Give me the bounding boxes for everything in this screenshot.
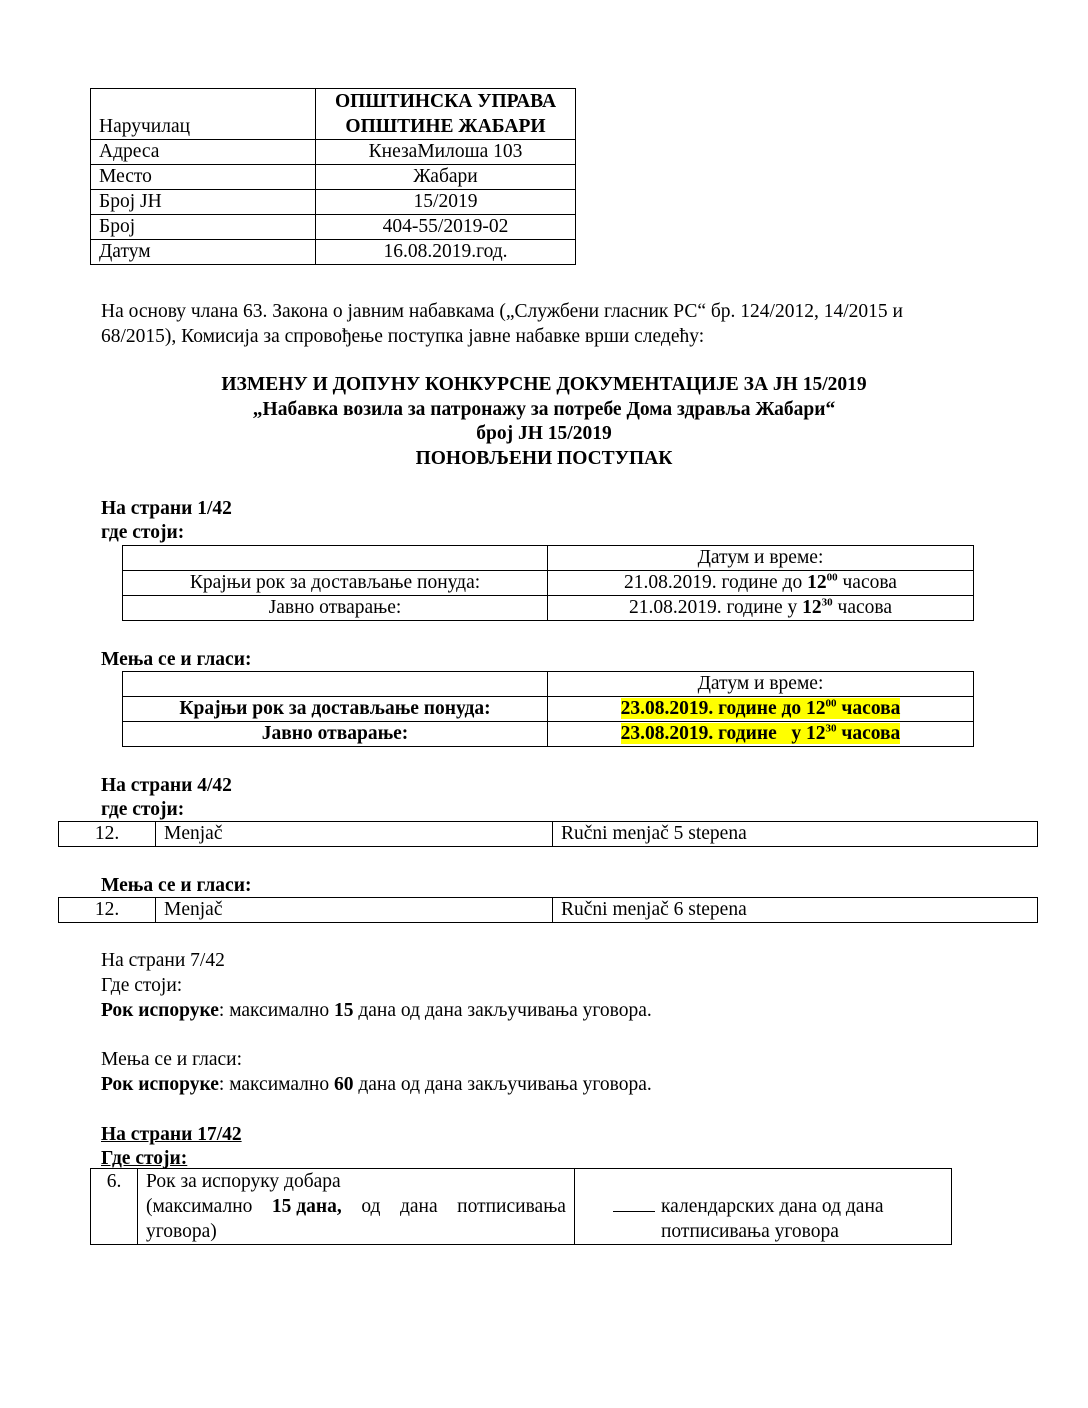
row-value: 23.08.2019. године у 1230 часова — [548, 722, 974, 747]
row-value: 21.08.2019. године у 1230 часова — [548, 596, 974, 621]
delivery-label: Рок испоруке — [101, 1000, 219, 1021]
section3-changed: Мења се и гласи: — [101, 1047, 242, 1072]
row-label: Крајњи рок за достављање понуда: — [123, 697, 548, 722]
section3-where: Где стоји: — [101, 973, 182, 998]
section3-new-text: Рок испоруке: максимално 60 дана од дана… — [101, 1072, 652, 1097]
authority-name-line2: ОПШТИНЕ ЖАБАРИ — [324, 114, 567, 139]
hour: 12 — [806, 698, 826, 719]
document-title: ИЗМЕНУ И ДОПУНУ КОНКУРСНЕ ДОКУМЕНТАЦИЈЕ … — [0, 373, 1088, 471]
text: дана — [400, 1194, 438, 1219]
section3-page-ref: На страни 7/42 — [101, 948, 225, 973]
value-line-2: потписивања уговора — [613, 1219, 943, 1244]
label-cell: Наручилац — [91, 89, 316, 140]
delivery-term-table: 6. Рок за испоруку добара (максимално 15… — [90, 1168, 952, 1245]
item-name: Menjač — [156, 898, 553, 923]
item-value: Ručni menjač 5 stepena — [553, 822, 1038, 847]
contracting-authority-table: Наручилац ОПШТИНСКА УПРАВА ОПШТИНЕ ЖАБАР… — [90, 88, 576, 265]
authority-name-line1: ОПШТИНСКА УПРАВА — [324, 89, 567, 114]
item-number: 12. — [59, 898, 156, 923]
item-line-3: уговора) — [146, 1219, 566, 1244]
date-text: 21.08.2019. године до — [624, 572, 807, 593]
label-cell: Број ЈН — [91, 190, 316, 215]
section3-old-text: Рок испоруке: максимално 15 дана од дана… — [101, 998, 652, 1023]
value-cell: 16.08.2019.год. — [316, 240, 576, 265]
hour: 12 — [802, 597, 822, 618]
highlighted-value: 23.08.2019. године до 1200 часова — [621, 698, 901, 719]
old-gearbox-table: 12. Menjač Ručni menjač 5 stepena — [58, 821, 1038, 847]
blank-days-field[interactable] — [613, 1210, 655, 1212]
value-cell: ОПШТИНСКА УПРАВА ОПШТИНЕ ЖАБАРИ — [316, 89, 576, 140]
days-value: 15 — [334, 1000, 354, 1021]
title-line-2: „Набавка возила за патронажу за потребе … — [0, 398, 1088, 423]
row-value: 21.08.2019. године до 1200 часова — [548, 571, 974, 596]
item-line-2: (максимално 15 дана, од дана потписивања — [146, 1194, 566, 1219]
text: календарских дана од дана — [661, 1196, 884, 1217]
delivery-label: Рок испоруке — [101, 1074, 219, 1095]
minutes: 30 — [822, 597, 833, 609]
hour: 12 — [807, 572, 827, 593]
text: дана од дана закључивања уговора. — [353, 1074, 651, 1095]
item-value: календарских дана од дана потписивања уг… — [575, 1169, 952, 1245]
minutes: 30 — [825, 723, 836, 735]
value-cell: Жабари — [316, 165, 576, 190]
value-cell: 15/2019 — [316, 190, 576, 215]
suffix: часова — [838, 572, 897, 593]
label-cell: Адреса — [91, 140, 316, 165]
title-line-3: број ЈН 15/2019 — [0, 422, 1088, 447]
old-deadline-table: Датум и време: Крајњи рок за достављање … — [122, 545, 974, 621]
item-description: Рок за испоруку добара (максимално 15 да… — [138, 1169, 575, 1245]
row-label: Крајњи рок за достављање понуда: — [123, 571, 548, 596]
new-deadline-table: Датум и време: Крајњи рок за достављање … — [122, 671, 974, 747]
minutes: 00 — [826, 698, 837, 710]
section1-where: где стоји: — [101, 520, 184, 545]
text: потписивања — [457, 1194, 566, 1219]
empty-cell — [123, 546, 548, 571]
highlighted-value: 23.08.2019. године у 1230 часова — [621, 723, 901, 744]
date-text: 21.08.2019. године у — [629, 597, 802, 618]
row-value: 23.08.2019. године до 1200 часова — [548, 697, 974, 722]
section2-changed: Мења се и гласи: — [101, 873, 251, 898]
empty-cell — [123, 672, 548, 697]
date-text: 23.08.2019. године у — [621, 723, 806, 744]
section2-page-ref: На страни 4/42 — [101, 773, 232, 798]
value-line-1: календарских дана од дана — [613, 1194, 943, 1219]
value-cell: КнезаМилоша 103 — [316, 140, 576, 165]
hour: 12 — [806, 723, 826, 744]
item-name: Menjač — [156, 822, 553, 847]
suffix: часова — [836, 723, 900, 744]
value-cell: 404-55/2019-02 — [316, 215, 576, 240]
item-value: Ručni menjač 6 stepena — [553, 898, 1038, 923]
title-line-1: ИЗМЕНУ И ДОПУНУ КОНКУРСНЕ ДОКУМЕНТАЦИЈЕ … — [0, 373, 1088, 398]
item-number: 12. — [59, 822, 156, 847]
item-number: 6. — [91, 1169, 138, 1245]
column-header: Датум и време: — [548, 672, 974, 697]
label-cell: Број — [91, 215, 316, 240]
section1-changed: Мења се и гласи: — [101, 647, 251, 672]
date-text: 23.08.2019. године до — [621, 698, 806, 719]
label-cell: Датум — [91, 240, 316, 265]
item-line-1: Рок за испоруку добара — [146, 1169, 566, 1194]
title-line-4: ПОНОВЉЕНИ ПОСТУПАК — [0, 447, 1088, 472]
new-gearbox-table: 12. Menjač Ručni menjač 6 stepena — [58, 897, 1038, 923]
text: : максимално — [219, 1000, 334, 1021]
row-label: Јавно отварање: — [123, 596, 548, 621]
section4-page-ref: На страни 17/42 — [101, 1122, 242, 1147]
text: дана од дана закључивања уговора. — [353, 1000, 651, 1021]
text: (максимално — [146, 1194, 252, 1219]
label-cell: Место — [91, 165, 316, 190]
intro-line-1: На основу члана 63. Закона о јавним наба… — [101, 299, 903, 324]
intro-line-2: 68/2015), Комисија за спровођење поступк… — [101, 324, 704, 349]
max-days: 15 дана, — [272, 1194, 342, 1219]
text: : максимално — [219, 1074, 334, 1095]
suffix: часова — [833, 597, 892, 618]
minutes: 00 — [827, 572, 838, 584]
days-value: 60 — [334, 1074, 354, 1095]
section1-page-ref: На страни 1/42 — [101, 496, 232, 521]
column-header: Датум и време: — [548, 546, 974, 571]
text: од — [361, 1194, 380, 1219]
section2-where: где стоји: — [101, 797, 184, 822]
row-label: Јавно отварање: — [123, 722, 548, 747]
suffix: часова — [837, 698, 901, 719]
